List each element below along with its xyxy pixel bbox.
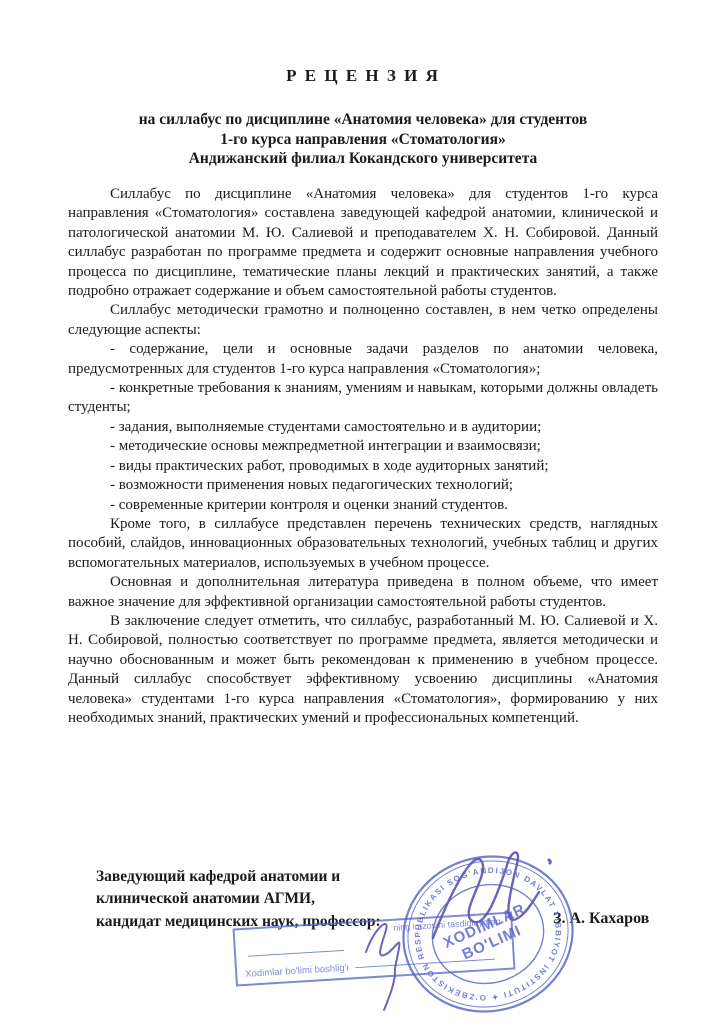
handwritten-signature-main bbox=[425, 842, 565, 957]
document-page: Р Е Ц Е Н З И Я на силлабус по дисциплин… bbox=[0, 0, 726, 1027]
paragraph: - содержание, цели и основные задачи раз… bbox=[68, 340, 658, 379]
document-subtitle: на силлабус по дисциплине «Анатомия чело… bbox=[40, 110, 686, 169]
subtitle-line: Андижанский филиал Кокандского университ… bbox=[40, 149, 686, 169]
paragraph: Основная и дополнительная литература при… bbox=[68, 573, 658, 612]
paragraph: - современные критерии контроля и оценки… bbox=[68, 496, 658, 515]
document-title: Р Е Ц Е Н З И Я bbox=[0, 66, 726, 86]
paragraph: - конкретные требования к знаниям, умени… bbox=[68, 379, 658, 418]
paragraph: Силлабус по дисциплине «Анатомия человек… bbox=[68, 185, 658, 301]
document-body: Силлабус по дисциплине «Анатомия человек… bbox=[68, 185, 658, 728]
handwritten-signature-small bbox=[338, 908, 418, 1013]
paragraph: - задания, выполняемые студентами самост… bbox=[68, 418, 658, 437]
paragraph: - возможности применения новых педагогич… bbox=[68, 476, 658, 495]
stamp-role-text: Xodimlar bo'limi boshlig'i bbox=[245, 963, 349, 980]
signature-line: Заведующий кафедрой анатомии и bbox=[96, 866, 426, 888]
subtitle-line: 1-го курса направления «Стоматология» bbox=[40, 130, 686, 150]
paragraph: - виды практических работ, проводимых в … bbox=[68, 457, 658, 476]
paragraph: Кроме того, в силлабусе представлен пере… bbox=[68, 515, 658, 573]
subtitle-line: на силлабус по дисциплине «Анатомия чело… bbox=[40, 110, 686, 130]
paragraph: Силлабус методически грамотно и полноцен… bbox=[68, 301, 658, 340]
paragraph: В заключение следует отметить, что силла… bbox=[68, 612, 658, 728]
paragraph: - методические основы межпредметной инте… bbox=[68, 437, 658, 456]
stamp-blank-line bbox=[248, 950, 344, 957]
